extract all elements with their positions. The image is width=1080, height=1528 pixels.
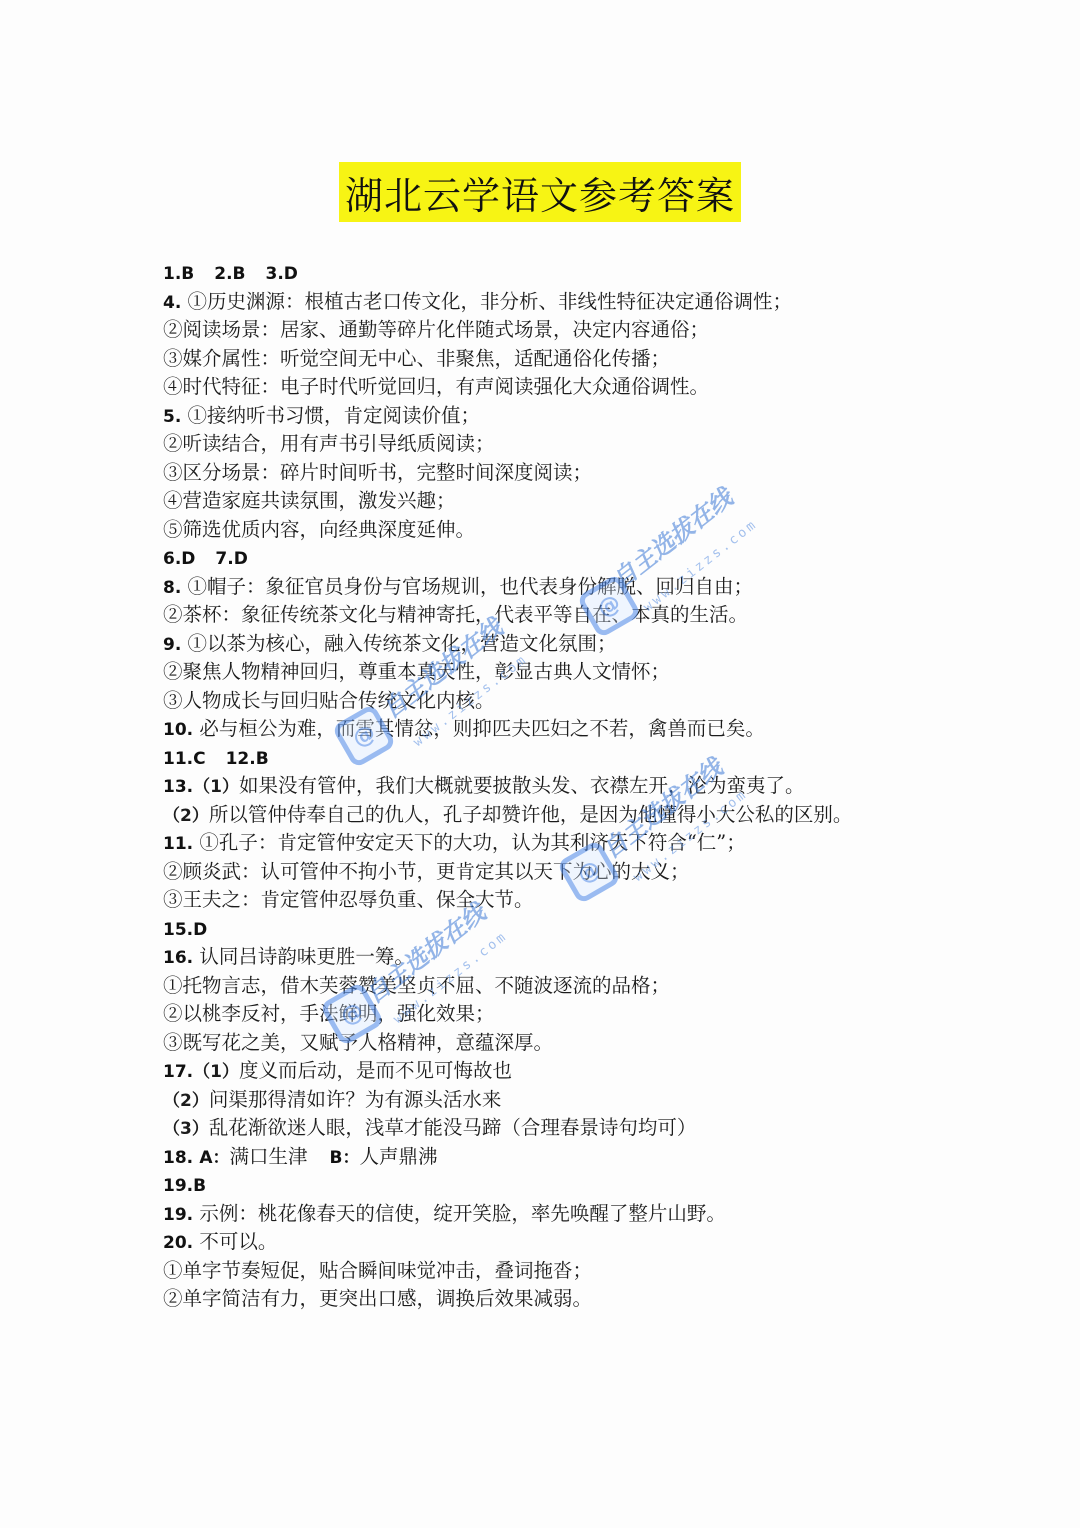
question-number: 17.: [163, 1062, 193, 1082]
answer-q15: 15.D: [163, 915, 963, 944]
answer-q18: 18. A：满口生津B：人声鼎沸: [163, 1143, 963, 1172]
answer-text: 必与桓公为难，而雪其情忿，则抑匹夫匹妇之不若，禽兽而已矣。: [199, 717, 765, 740]
answer-q14-line: ②顾炎武：认可管仲不拘小节，更肯定其以天下为心的大义；: [163, 858, 963, 887]
question-number: 5.: [163, 407, 181, 427]
mc-answer: 15.D: [163, 920, 207, 940]
mc-answer: 19.B: [163, 1176, 206, 1196]
answer-text: 示例：桃花像春天的信使，绽开笑脸，率先唤醒了整片山野。: [199, 1202, 726, 1225]
answer-q4-line: 4. ①历史渊源：根植古老口传文化，非分析、非线性特征决定通俗调性；: [163, 288, 963, 317]
answer-q14-line: 11. ①孔子：肯定管仲安定天下的大功，认为其利济天下符合“仁”；: [163, 829, 963, 858]
question-number: 20.: [163, 1233, 193, 1253]
answer-q9-line: 9. ①以茶为核心，融入传统茶文化，营造文化氛围；: [163, 630, 963, 659]
answer-q9-line: ②聚焦人物精神回归，尊重本真天性，彰显古典人文情怀；: [163, 658, 963, 687]
answer-q16-line: ①托物言志，借木芙蓉赞美坚贞不屈、不随波逐流的品格；: [163, 972, 963, 1001]
answer-q5-line: ②听读结合，用有声书引导纸质阅读；: [163, 430, 963, 459]
answer-q4-line: ③媒介属性：听觉空间无中心、非聚焦，适配通俗化传播；: [163, 345, 963, 374]
question-number: 11.: [163, 834, 193, 854]
answer-q16-line: ③既写花之美，又赋予人格精神，意蕴深厚。: [163, 1029, 963, 1058]
answer-q9-line: ③人物成长与回归贴合传统文化内核。: [163, 687, 963, 716]
answer-text: ①历史渊源：根植古老口传文化，非分析、非线性特征决定通俗调性；: [188, 290, 793, 313]
answer-q17-part: （2）问渠那得清如许？为有源头活水来: [163, 1086, 963, 1115]
mc-answer: 1.B: [163, 264, 194, 284]
answer-q6-7: 6.D7.D: [163, 544, 963, 573]
answer-q17-part: （3）乱花渐欲迷人眼，浅草才能没马蹄（合理春景诗句均可）: [163, 1114, 963, 1143]
answer-sheet-page: 湖北云学语文参考答案 1.B2.B3.D 4. ①历史渊源：根植古老口传文化，非…: [0, 0, 1080, 1528]
answer-text: 所以管仲侍奉自己的仇人，孔子却赞许他，是因为他懂得小大公私的区别。: [209, 803, 853, 826]
part-label: （1）: [193, 777, 239, 797]
answers-content: 1.B2.B3.D 4. ①历史渊源：根植古老口传文化，非分析、非线性特征决定通…: [163, 259, 963, 1314]
question-number: 10.: [163, 720, 193, 740]
answer-q4-line: ②阅读场景：居家、通勤等碎片化伴随式场景，决定内容通俗；: [163, 316, 963, 345]
answer-q20-line: ②单字简洁有力，更突出口感，调换后效果减弱。: [163, 1285, 963, 1314]
answer-q19b: 19. 示例：桃花像春天的信使，绽开笑脸，率先唤醒了整片山野。: [163, 1200, 963, 1229]
mc-answer: 11.C: [163, 749, 206, 769]
question-number: 9.: [163, 635, 181, 655]
answer-text: ①接纳听书习惯，肯定阅读价值；: [188, 404, 481, 427]
answer-q13-part: （2）所以管仲侍奉自己的仇人，孔子却赞许他，是因为他懂得小大公私的区别。: [163, 801, 963, 830]
question-number: 18.: [163, 1148, 193, 1168]
question-number: 19.: [163, 1205, 193, 1225]
answer-q10: 10. 必与桓公为难，而雪其情忿，则抑匹夫匹妇之不若，禽兽而已矣。: [163, 715, 963, 744]
part-label: （2）: [163, 1091, 209, 1111]
answer-text: 人声鼎沸: [359, 1145, 437, 1168]
answer-q1-3: 1.B2.B3.D: [163, 259, 963, 288]
answer-text: ①以茶为核心，融入传统茶文化，营造文化氛围；: [188, 632, 617, 655]
part-label: B：: [330, 1148, 360, 1168]
answer-text: 满口生津: [230, 1145, 308, 1168]
answer-q13-part: 13.（1）如果没有管仲，我们大概就要披散头发、衣襟左开，沦为蛮夷了。: [163, 772, 963, 801]
part-label: A：: [199, 1148, 229, 1168]
question-number: 4.: [163, 293, 181, 313]
answer-text: 问渠那得清如许？为有源头活水来: [209, 1088, 502, 1111]
question-number: 13.: [163, 777, 193, 797]
mc-answer: 12.B: [226, 749, 269, 769]
mc-answer: 2.B: [214, 264, 245, 284]
title-highlight: 湖北云学语文参考答案: [339, 162, 741, 222]
answer-q16: 16. 认同吕诗韵味更胜一筹。: [163, 943, 963, 972]
question-number: 8.: [163, 578, 181, 598]
answer-q4-line: ④时代特征：电子时代听觉回归，有声阅读强化大众通俗调性。: [163, 373, 963, 402]
answer-q5-line: ④营造家庭共读氛围，激发兴趣；: [163, 487, 963, 516]
answer-text: 乱花渐欲迷人眼，浅草才能没马蹄（合理春景诗句均可）: [209, 1116, 697, 1139]
part-label: （3）: [163, 1119, 209, 1139]
answer-q19a: 19.B: [163, 1171, 963, 1200]
answer-q11-12: 11.C12.B: [163, 744, 963, 773]
mc-answer: 3.D: [266, 264, 298, 284]
page-title: 湖北云学语文参考答案: [345, 165, 735, 220]
answer-text: 如果没有管仲，我们大概就要披散头发、衣襟左开，沦为蛮夷了。: [239, 774, 805, 797]
answer-q8-line: 8. ①帽子：象征官员身份与官场规训，也代表身份解脱、回归自由；: [163, 573, 963, 602]
mc-answer: 6.D: [163, 549, 195, 569]
answer-q20: 20. 不可以。: [163, 1228, 963, 1257]
answer-q16-line: ②以桃李反衬，手法鲜明，强化效果；: [163, 1000, 963, 1029]
answer-text: 度义而后动，是而不见可悔故也: [239, 1059, 512, 1082]
answer-text: 不可以。: [199, 1230, 277, 1253]
answer-q5-line: 5. ①接纳听书习惯，肯定阅读价值；: [163, 402, 963, 431]
answer-q17-part: 17.（1）度义而后动，是而不见可悔故也: [163, 1057, 963, 1086]
answer-q20-line: ①单字节奏短促，贴合瞬间味觉冲击，叠词拖沓；: [163, 1257, 963, 1286]
part-label: （1）: [193, 1062, 239, 1082]
answer-q14-line: ③王夫之：肯定管仲忍辱负重、保全大节。: [163, 886, 963, 915]
part-label: （2）: [163, 806, 209, 826]
answer-text: 认同吕诗韵味更胜一筹。: [199, 945, 414, 968]
answer-q8-line: ②茶杯：象征传统茶文化与精神寄托，代表平等自在、本真的生活。: [163, 601, 963, 630]
question-number: 16.: [163, 948, 193, 968]
answer-text: ①帽子：象征官员身份与官场规训，也代表身份解脱、回归自由；: [188, 575, 754, 598]
mc-answer: 7.D: [215, 549, 247, 569]
answer-text: ①孔子：肯定管仲安定天下的大功，认为其利济天下符合“仁”；: [199, 831, 745, 854]
answer-q5-line: ③区分场景：碎片时间听书，完整时间深度阅读；: [163, 459, 963, 488]
answer-q5-line: ⑤筛选优质内容，向经典深度延伸。: [163, 516, 963, 545]
